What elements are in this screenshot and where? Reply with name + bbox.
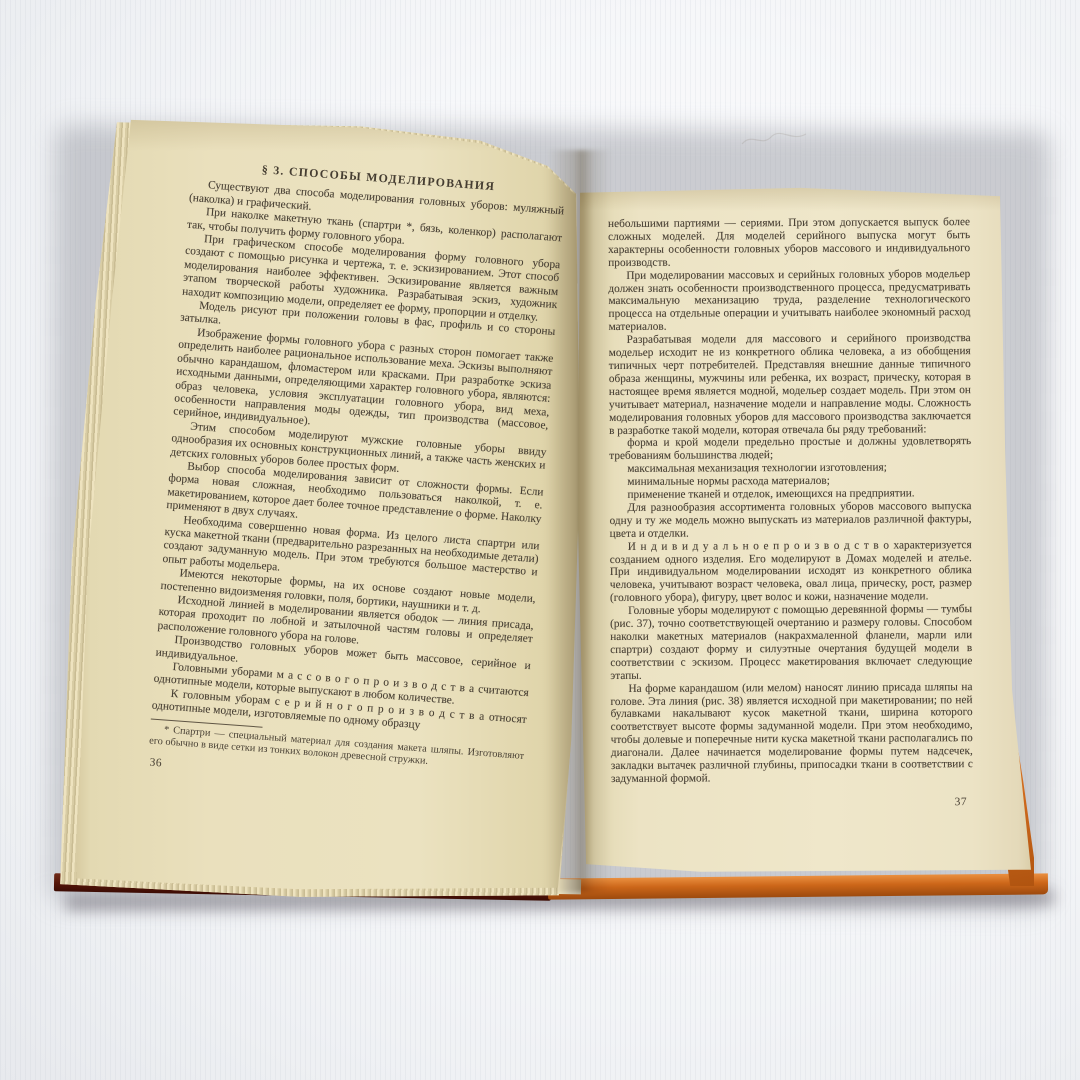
paragraph: небольшими партиями — сериями. При этом … <box>608 216 970 270</box>
page-number-right: 37 <box>611 796 967 811</box>
pencil-smudge <box>738 122 810 158</box>
right-page-text: небольшими партиями — сериями. При этом … <box>608 216 973 811</box>
paragraph: форма и крой модели предельно простые и … <box>609 436 971 464</box>
paragraph: При моделировании массовых и серийных го… <box>608 268 970 334</box>
paragraph: И н д и в и д у а л ь н о е п р о и з в … <box>610 539 972 605</box>
photo-of-open-book: § 3. СПОСОБЫ МОДЕЛИРОВАНИЯ Существуют дв… <box>0 0 1080 1080</box>
paragraph: Для разнообразия ассортимента головных у… <box>609 500 971 541</box>
paragraph: На форме карандашом (или мелом) наносят … <box>610 681 973 786</box>
paragraph: Разрабатывая модели для массового и сери… <box>609 332 972 437</box>
left-page-text: § 3. СПОСОБЫ МОДЕЛИРОВАНИЯ Существуют дв… <box>147 158 566 797</box>
paragraph: Головные уборы моделируют с помощью дере… <box>610 603 972 682</box>
